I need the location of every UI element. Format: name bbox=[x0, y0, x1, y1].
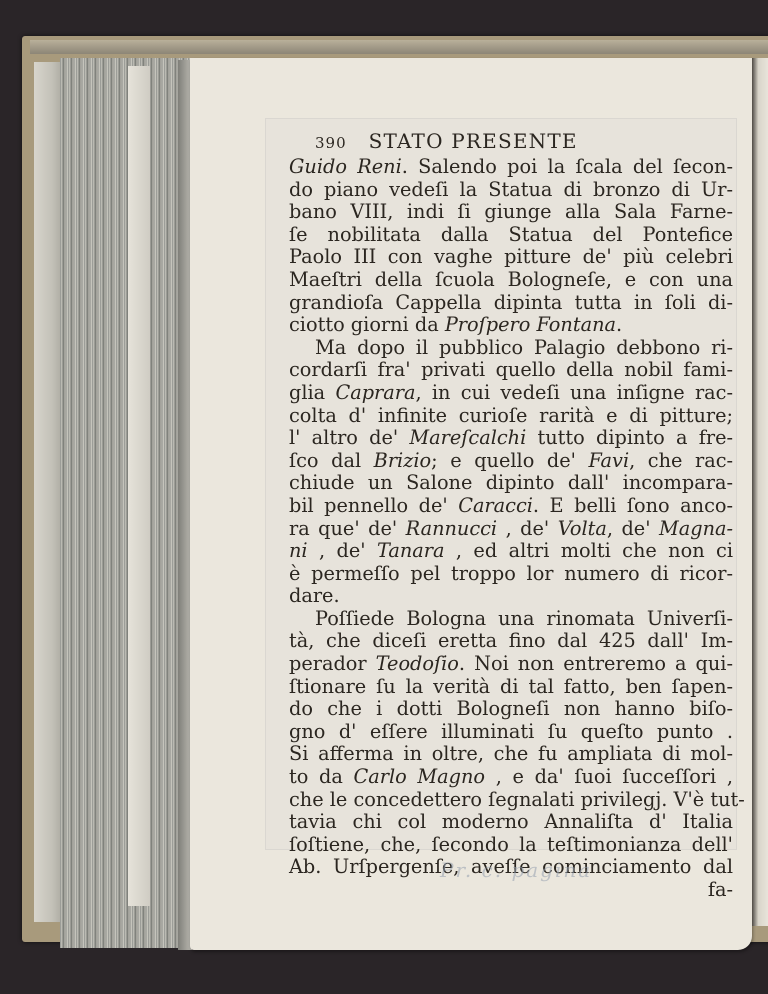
text-line: ſco dal Brizio; e quello de' Favi, che r… bbox=[289, 450, 733, 473]
pencil-annotation: Pr. c. pagina bbox=[440, 858, 592, 882]
text-line: Guido Reni. Salendo poi la ſcala del ſec… bbox=[289, 156, 733, 179]
text-run: Poſſiede Bologna una rinomata Univerſi- bbox=[315, 607, 733, 630]
text-line: è permeſſo pel troppo lor numero di rico… bbox=[289, 563, 733, 586]
italic-name: Caprara bbox=[335, 381, 415, 404]
page-text-block: 390 STATO PRESENTE Guido Reni. Salendo p… bbox=[289, 130, 733, 902]
text-run: , de' bbox=[497, 517, 558, 540]
text-run: do piano vedeſi la Statua di bronzo di U… bbox=[289, 178, 733, 201]
text-run: , de' bbox=[308, 539, 377, 562]
text-line: l' altro de' Mareſcalchi tutto dipinto a… bbox=[289, 427, 733, 450]
text-line: do piano vedeſi la Statua di bronzo di U… bbox=[289, 179, 733, 202]
text-line: Si afferma in oltre, che fu ampliata di … bbox=[289, 743, 733, 766]
text-run: ſtionare ſu la verità di tal fatto, ben … bbox=[289, 675, 733, 698]
text-line: ni , de' Tanara , ed altri molti che non… bbox=[289, 540, 733, 563]
text-run: è permeſſo pel troppo lor numero di rico… bbox=[289, 562, 733, 585]
text-run: Paolo III con vaghe pitture de' più cele… bbox=[289, 245, 733, 268]
text-run: ſco dal bbox=[289, 449, 374, 472]
text-run: Ma dopo il pubblico Palagio debbono ri- bbox=[315, 336, 733, 359]
italic-name: Volta bbox=[558, 517, 607, 540]
text-run: cordarſi fra' privati quello della nobil… bbox=[289, 358, 733, 381]
italic-name: Caracci bbox=[458, 494, 533, 517]
text-run: bil pennello de' bbox=[289, 494, 458, 517]
text-run: tutto dipinto a fre- bbox=[526, 426, 733, 449]
italic-name: ni bbox=[289, 539, 308, 562]
text-line: colta d' infinite curioſe rarità e di pi… bbox=[289, 405, 733, 428]
text-run: . Noi non entreremo a qui- bbox=[459, 652, 733, 675]
text-line: che le concedettero ſegnalati privilegj.… bbox=[289, 789, 733, 812]
text-run: , e da' ſuoi ſucceſſori , bbox=[485, 765, 733, 788]
text-run: , che rac- bbox=[629, 449, 733, 472]
text-line: perador Teodoſio. Noi non entreremo a qu… bbox=[289, 653, 733, 676]
text-line: bil pennello de' Caracci. E belli ſono a… bbox=[289, 495, 733, 518]
italic-name: Proſpero Fontana bbox=[445, 313, 616, 336]
text-run: ſoſtiene, che, ſecondo la teſtimonianza … bbox=[289, 833, 733, 856]
text-line: tavia chi col moderno Annaliſta d' Itali… bbox=[289, 811, 733, 834]
text-line: Maeſtri della ſcuola Bologneſe, e con un… bbox=[289, 269, 733, 292]
text-run: l' altro de' bbox=[289, 426, 409, 449]
text-run: tà, che diceſi eretta fino dal 425 dall'… bbox=[289, 629, 733, 652]
text-run: ; e quello de' bbox=[431, 449, 588, 472]
italic-name: Rannucci bbox=[406, 517, 497, 540]
text-run: do che i dotti Bologneſi non hanno biſo- bbox=[289, 697, 733, 720]
text-run: dare. bbox=[289, 584, 340, 607]
page-number: 390 bbox=[315, 132, 347, 155]
text-run: gno d' eſſere illuminati ſu queſto punto… bbox=[289, 720, 733, 743]
italic-name: Tanara bbox=[377, 539, 444, 562]
text-run: chiude un Salone dipinto dall' incompara… bbox=[289, 471, 733, 494]
text-line: ciotto giorni da Proſpero Fontana. bbox=[289, 314, 733, 337]
text-run: glia bbox=[289, 381, 335, 404]
text-line: do che i dotti Bologneſi non hanno biſo- bbox=[289, 698, 733, 721]
text-line: ſe nobilitata dalla Statua del Pontefice bbox=[289, 224, 733, 247]
text-run: grandioſa Cappella dipinta tutta in ſoli… bbox=[289, 291, 733, 314]
text-run: . E belli ſono anco- bbox=[533, 494, 733, 517]
text-run: ciotto giorni da bbox=[289, 313, 445, 336]
text-run: Maeſtri della ſcuola Bologneſe, e con un… bbox=[289, 268, 733, 291]
text-line: gno d' eſſere illuminati ſu queſto punto… bbox=[289, 721, 733, 744]
text-line: Paolo III con vaghe pitture de' più cele… bbox=[289, 246, 733, 269]
text-run: . Salendo poi la ſcala del ſecon- bbox=[402, 155, 733, 178]
italic-name: Magna- bbox=[659, 517, 733, 540]
italic-name: Guido Reni bbox=[289, 155, 402, 178]
text-run: bano VIII, indi ſi giunge alla Sala Farn… bbox=[289, 200, 733, 223]
text-line: dare. bbox=[289, 585, 733, 608]
text-run: , ed altri molti che non ci bbox=[444, 539, 733, 562]
text-run: perador bbox=[289, 652, 376, 675]
text-run: ra que' de' bbox=[289, 517, 406, 540]
catchword: fa- bbox=[289, 879, 733, 902]
italic-name: Favi bbox=[588, 449, 629, 472]
running-head: 390 STATO PRESENTE bbox=[289, 130, 733, 156]
text-line: grandioſa Cappella dipinta tutta in ſoli… bbox=[289, 292, 733, 315]
italic-name: Teodoſio bbox=[376, 652, 459, 675]
running-head-title: STATO PRESENTE bbox=[369, 130, 578, 153]
page-stack-edges bbox=[60, 58, 192, 948]
text-run: Si afferma in oltre, che fu ampliata di … bbox=[289, 742, 733, 765]
facing-page-edge bbox=[752, 58, 768, 926]
text-line: ſoſtiene, che, ſecondo la teſtimonianza … bbox=[289, 834, 733, 857]
italic-name: Carlo Magno bbox=[354, 765, 486, 788]
inserted-slip bbox=[128, 66, 150, 906]
text-run: che le concedettero ſegnalati privilegj.… bbox=[289, 788, 745, 811]
text-line: chiude un Salone dipinto dall' incompara… bbox=[289, 472, 733, 495]
text-line: Poſſiede Bologna una rinomata Univerſi- bbox=[289, 608, 733, 631]
text-line: tà, che diceſi eretta fino dal 425 dall'… bbox=[289, 630, 733, 653]
text-run: ſe nobilitata dalla Statua del Pontefice bbox=[289, 223, 733, 246]
text-run: , de' bbox=[607, 517, 659, 540]
italic-name: Brizio bbox=[374, 449, 432, 472]
text-line: ra que' de' Rannucci , de' Volta, de' Ma… bbox=[289, 518, 733, 541]
text-run: , in cui vedeſi una inſigne rac- bbox=[415, 381, 733, 404]
text-run: to da bbox=[289, 765, 354, 788]
text-line: cordarſi fra' privati quello della nobil… bbox=[289, 359, 733, 382]
text-run: colta d' infinite curioſe rarità e di pi… bbox=[289, 404, 733, 427]
body-text: Guido Reni. Salendo poi la ſcala del ſec… bbox=[289, 156, 733, 879]
text-line: bano VIII, indi ſi giunge alla Sala Farn… bbox=[289, 201, 733, 224]
text-line: glia Caprara, in cui vedeſi una inſigne … bbox=[289, 382, 733, 405]
text-line: ſtionare ſu la verità di tal fatto, ben … bbox=[289, 676, 733, 699]
text-run: tavia chi col moderno Annaliſta d' Itali… bbox=[289, 810, 733, 833]
text-line: to da Carlo Magno , e da' ſuoi ſucceſſor… bbox=[289, 766, 733, 789]
italic-name: Mareſcalchi bbox=[409, 426, 526, 449]
text-run: . bbox=[616, 313, 622, 336]
book-cover-top-edge bbox=[30, 40, 768, 54]
text-line: Ma dopo il pubblico Palagio debbono ri- bbox=[289, 337, 733, 360]
